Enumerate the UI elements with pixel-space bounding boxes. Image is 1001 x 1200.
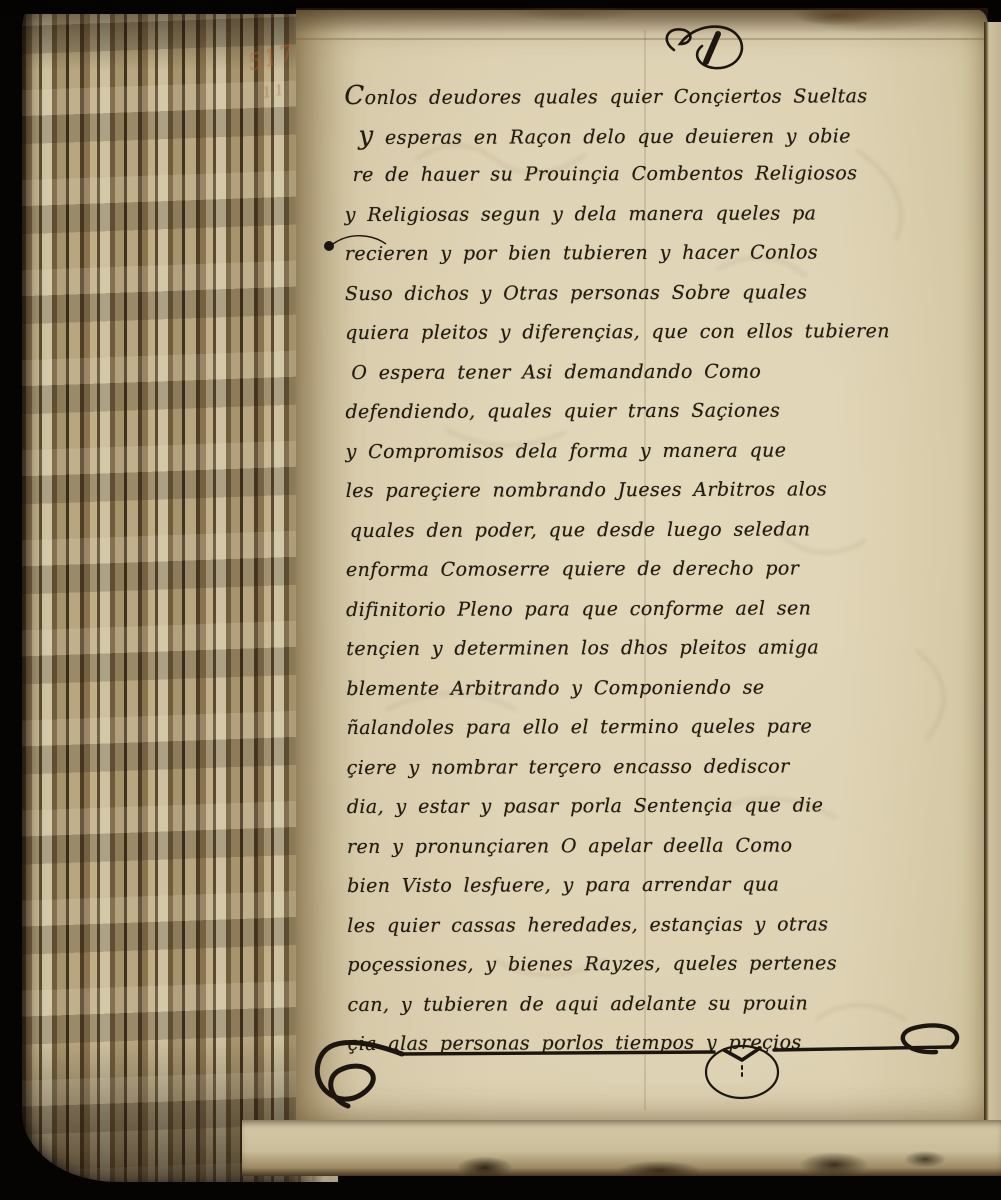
manuscript-line: re de hauer su Prouinçia Combentos Relig… bbox=[345, 154, 949, 196]
manuscript-line: quiera pleitos y diferençias, que con el… bbox=[345, 312, 949, 354]
manuscript-line: defendiendo, quales quier trans Saçiones bbox=[345, 391, 949, 433]
manuscript-line: çiere y nombrar terçero encasso dediscor bbox=[347, 746, 951, 788]
manuscript-line: y Religiosas segun y dela manera queles … bbox=[345, 193, 949, 235]
scribal-cipher-icon bbox=[640, 16, 780, 78]
manuscript-line: y Compromisos dela forma y manera que bbox=[346, 430, 950, 472]
manuscript-line: quales den poder, que desde luego seleda… bbox=[346, 509, 950, 551]
manuscript-line: ren y pronunçiaren O apelar deella Como bbox=[347, 825, 951, 867]
manuscript-line: ñalandoles para ello el termino queles p… bbox=[346, 707, 950, 749]
manuscript-line: recieren y por bien tubieren y hacer Con… bbox=[345, 233, 949, 275]
manuscript-line: bien Visto lesfuere, y para arrendar qua bbox=[347, 865, 951, 907]
manuscript-line: dia, y estar y pasar porla Sentençia que… bbox=[347, 786, 951, 828]
next-leaf-edge bbox=[984, 22, 1001, 1164]
manuscript-line: les pareçiere nombrando Jueses Arbitros … bbox=[346, 470, 950, 512]
manuscript-line: tençien y determinen los dhos pleitos am… bbox=[346, 628, 950, 670]
rubric-flourish bbox=[304, 1014, 976, 1124]
manuscript-line: poçessiones, y bienes Rayzes, queles per… bbox=[347, 944, 951, 986]
manuscript-page: Conlos deudores quales quier Conçiertos … bbox=[296, 10, 988, 1124]
manuscript-photograph: 517 11 Conlos d bbox=[0, 0, 1001, 1200]
book-page-edges bbox=[22, 0, 338, 1182]
manuscript-line: difinitorio Pleno para que conforme ael … bbox=[346, 588, 950, 630]
handwritten-text-block: Conlos deudores quales quier Conçiertos … bbox=[344, 75, 951, 1065]
manuscript-line: les quier cassas heredades, estançias y … bbox=[347, 904, 951, 946]
manuscript-line: y esperas en Raçon delo que deuieren y o… bbox=[344, 114, 948, 156]
manuscript-line: O espera tener Asi demandando Como bbox=[345, 351, 949, 393]
manuscript-line: blemente Arbitrando y Componiendo se bbox=[346, 667, 950, 709]
manuscript-line: Suso dichos y Otras personas Sobre quale… bbox=[345, 272, 949, 314]
book-bottom-edge bbox=[242, 1120, 1001, 1176]
manuscript-line: Conlos deudores quales quier Conçiertos … bbox=[344, 75, 948, 117]
manuscript-line: enforma Comoserre quiere de derecho por bbox=[346, 549, 950, 591]
